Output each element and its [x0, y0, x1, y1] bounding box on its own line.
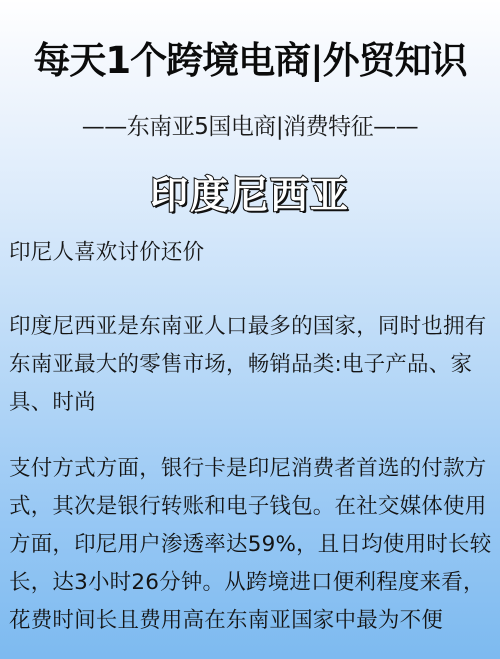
- paragraph-payment: 支付方式方面，银行卡是印尼消费者首选的付款方式，其次是银行转账和电子钱包。在社交…: [9, 450, 493, 640]
- subtitle: ——东南亚5国电商|消费特征——: [0, 108, 500, 141]
- paragraph-bargaining: 印尼人喜欢讨价还价: [9, 234, 493, 272]
- paragraph-market: 印度尼西亚是东南亚人口最多的国家，同时也拥有东南亚最大的零售市场，畅销品类:电子…: [9, 308, 493, 422]
- main-title: 每天1个跨境电商|外贸知识: [0, 30, 500, 84]
- country-title: 印度尼西亚: [0, 164, 500, 219]
